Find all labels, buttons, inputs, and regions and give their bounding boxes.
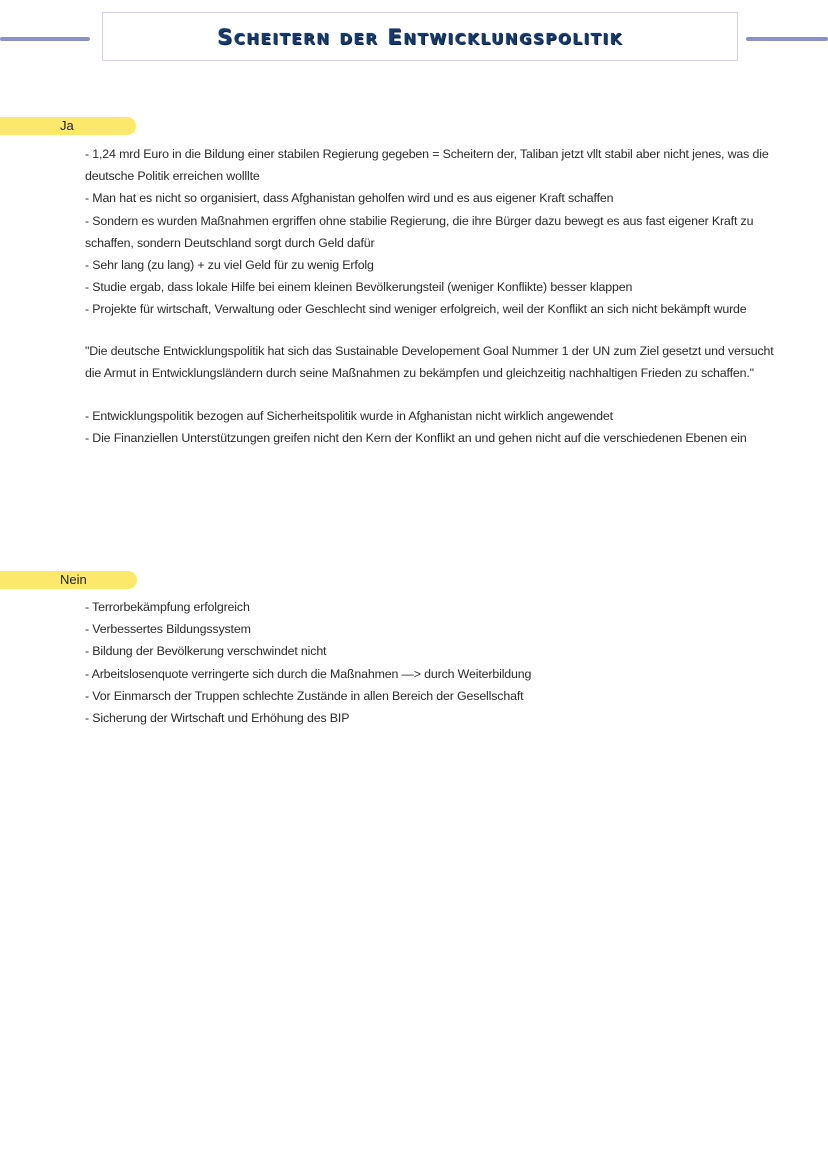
list-item: - Entwicklungspolitik bezogen auf Sicher… <box>85 405 785 427</box>
ja-points-list: - 1,24 mrd Euro in die Bildung einer sta… <box>85 143 785 321</box>
section-heading-nein: Nein <box>0 571 137 589</box>
title-rule-right <box>746 37 828 41</box>
list-item: - Projekte für wirtschaft, Verwaltung od… <box>85 298 785 320</box>
nein-points-list: - Terrorbekämpfung erfolgreich - Verbess… <box>85 596 785 729</box>
list-item: - Sondern es wurden Maßnahmen ergriffen … <box>85 210 785 254</box>
page-title: Scheitern der Entwicklungspolitik <box>217 25 623 49</box>
quote-block: "Die deutsche Entwicklungspolitik hat si… <box>85 340 785 384</box>
list-item: - Arbeitslosenquote verringerte sich dur… <box>85 663 785 685</box>
list-item: - Studie ergab, dass lokale Hilfe bei ei… <box>85 276 785 298</box>
list-item: - Vor Einmarsch der Truppen schlechte Zu… <box>85 685 785 707</box>
list-item: - Terrorbekämpfung erfolgreich <box>85 596 785 618</box>
title-box: Scheitern der Entwicklungspolitik <box>102 12 738 61</box>
list-item: - Verbessertes Bildungssystem <box>85 618 785 640</box>
list-item: - Die Finanziellen Unterstützungen greif… <box>85 427 785 449</box>
title-rule-left <box>0 37 90 41</box>
ja-points-after-quote: - Entwicklungspolitik bezogen auf Sicher… <box>85 405 785 449</box>
list-item: - Sehr lang (zu lang) + zu viel Geld für… <box>85 254 785 276</box>
section-heading-ja: Ja <box>0 117 136 135</box>
list-item: - Bildung der Bevölkerung verschwindet n… <box>85 640 785 662</box>
quote-text: "Die deutsche Entwicklungspolitik hat si… <box>85 340 785 384</box>
list-item: - Man hat es nicht so organisiert, dass … <box>85 187 785 209</box>
list-item: - 1,24 mrd Euro in die Bildung einer sta… <box>85 143 785 187</box>
list-item: - Sicherung der Wirtschaft und Erhöhung … <box>85 707 785 729</box>
